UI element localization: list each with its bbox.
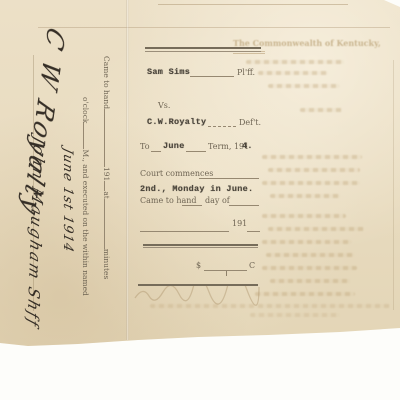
ghost-text-bar — [258, 71, 328, 75]
paper-corner-notch — [384, 0, 400, 7]
section-rule-light — [143, 247, 258, 248]
return-executed: M., and executed on the within named — [81, 149, 90, 295]
cents-tick-mark — [226, 271, 227, 276]
blank-line — [247, 224, 260, 232]
ghost-text-bar — [262, 155, 362, 159]
ghost-text-bar — [268, 168, 360, 172]
ghost-signature-squiggle — [133, 284, 263, 306]
vertical-fold-crease — [126, 0, 129, 340]
ghost-text-bar — [266, 253, 354, 257]
scanned-court-document: The Commonwealth of Kentucky, Sam Sims P… — [0, 0, 400, 350]
court-date-typed: 2nd., Monday in June. — [140, 184, 253, 194]
section-rule-heavy — [143, 244, 258, 246]
versus-label: Vs. — [158, 101, 170, 110]
return-line-1: Came to hand191atminutes — [102, 56, 112, 279]
return-minutes: minutes — [102, 249, 111, 279]
ghost-text-bar — [262, 266, 357, 270]
top-edge-line — [158, 4, 348, 5]
term-to-label: To — [140, 142, 150, 151]
amount-dollar-sign: $ — [196, 261, 201, 270]
return-191: 191 — [102, 167, 111, 181]
ghost-underline — [233, 53, 265, 54]
handwritten-date: June 1st 1914 — [60, 146, 75, 254]
plaintiff-name: Sam Sims — [147, 67, 190, 77]
blank-line — [182, 198, 202, 206]
blank-line — [229, 198, 259, 206]
return-at: at — [102, 191, 111, 199]
ghost-text-bar — [262, 181, 360, 185]
ghost-text-bar — [268, 84, 340, 88]
return-came-to-hand: Came to hand — [102, 56, 111, 109]
ghost-text-bar — [268, 227, 364, 231]
blank-line — [199, 171, 259, 179]
ghost-text-bar — [246, 60, 344, 64]
header-rule-heavy — [145, 47, 261, 49]
bottom-rule — [138, 284, 258, 286]
amount-c-label: C — [249, 261, 255, 270]
right-edge-crease — [393, 60, 394, 310]
blank-line — [186, 144, 206, 152]
year-prefix: 191 — [232, 219, 247, 228]
blank-line — [151, 144, 161, 152]
ghost-text-bar — [255, 292, 355, 296]
day-of-label: day of — [205, 196, 230, 205]
faint-top-rule — [38, 27, 390, 28]
blank-line — [204, 263, 247, 271]
header-rule-light — [145, 51, 261, 52]
plaintiff-label: Pl'ff. — [237, 68, 255, 77]
term-year-typed: 4. — [242, 141, 253, 151]
blank-line — [140, 224, 229, 232]
ghost-text-bar — [300, 108, 342, 112]
ghost-text-bar — [262, 214, 346, 218]
blank-line — [208, 119, 236, 127]
return-oclock: o'clock — [81, 97, 90, 123]
ghost-text-bar — [262, 240, 352, 244]
return-line-2: o'clockM., and executed on the within na… — [81, 97, 91, 296]
blank-line — [190, 69, 234, 77]
term-month-typed: June — [163, 141, 185, 151]
ghost-text-bar — [250, 313, 340, 317]
ghost-text-bar — [270, 194, 340, 198]
ghost-text-bar — [270, 279, 350, 283]
defendant-name: C.W.Royalty — [147, 117, 206, 127]
defendant-label: Def't. — [239, 118, 261, 127]
